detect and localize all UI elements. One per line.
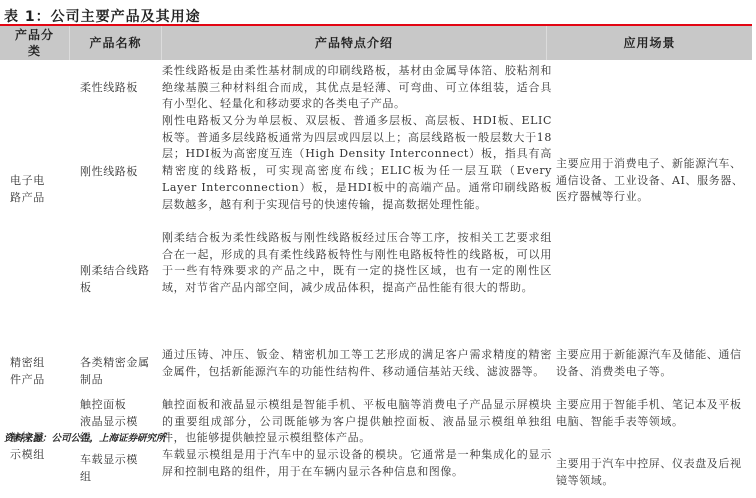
- product-name-flexible-pcb: 柔性线路板: [80, 80, 168, 97]
- category-line: 路产品: [10, 190, 66, 207]
- application-electronic-circuit: 主要应用于消费电子、新能源汽车、通信设备、工业设备、AI、服务器、医疗器械等行业…: [556, 156, 748, 206]
- product-desc-touch-lcd-module: 触控面板和液晶显示模组是智能手机、平板电脑等消费电子产品显示屏模块的重要组成部分…: [162, 397, 552, 447]
- table-title: 表 1：公司主要产品及其用途: [4, 6, 201, 26]
- product-desc-precision-metal: 通过压铸、冲压、钣金、精密机加工等工艺形成的满足客户需求精度的精密金属件，包括新…: [162, 347, 552, 380]
- application-touch-lcd-module: 主要应用于智能手机、笔记本及平板电脑、智能手表等领域。: [556, 397, 748, 430]
- header-category: 产品分 类: [0, 26, 70, 60]
- header-category-line-1: 产品分: [15, 27, 54, 43]
- header-category-line-2: 类: [15, 43, 54, 59]
- product-desc-rigid-pcb: 刚性电路板又分为单层板、双层板、普通多层板、高层板、HDI板、ELIC板等。普通…: [162, 113, 552, 213]
- product-name-line: 组: [80, 469, 168, 486]
- product-name-rigid-pcb: 刚性线路板: [80, 164, 168, 181]
- product-desc-flexible-pcb: 柔性线路板是由柔性基材制成的印刷线路板，基材由金属导体箔、胶粘剂和绝缘基膜三种材…: [162, 63, 552, 113]
- category-line: 示模组: [10, 447, 66, 464]
- product-name-line: 车载显示模: [80, 452, 168, 469]
- header-product-features: 产品特点介绍: [162, 26, 547, 60]
- product-name-line: 液晶显示模: [80, 414, 168, 431]
- product-name-automotive-display: 车载显示模 组: [80, 452, 168, 485]
- header-product-name: 产品名称: [70, 26, 162, 60]
- header-application: 应用场景: [547, 26, 752, 60]
- product-desc-rigid-flex-pcb: 刚柔结合板为柔性线路板与刚性线路板经过压合等工序，按相关工艺要求组合在一起，形成…: [162, 230, 552, 297]
- category-line: 电子电: [10, 173, 66, 190]
- category-electronic-circuit: 电子电 路产品: [10, 173, 66, 206]
- product-name-rigid-flex-pcb: 刚柔结合线路板: [80, 263, 152, 296]
- product-name-precision-metal: 各类精密金属制品: [80, 355, 152, 388]
- source-note: 资料来源：公司公告，上海证券研究所: [4, 430, 166, 444]
- product-desc-automotive-display: 车载显示模组是用于汽车中的显示设备的模块。它通常是一种集成化的显示屏和控制电路的…: [162, 447, 552, 480]
- category-line: 精密组: [10, 355, 66, 372]
- application-automotive-display: 主要用于汽车中控屏、仪表盘及后视镜等领域。: [556, 456, 748, 489]
- application-precision-components: 主要应用于新能源汽车及储能、通信设备、消费类电子等。: [556, 347, 748, 380]
- products-table: 产品分 类 产品名称 产品特点介绍 应用场景 电子电 路产品 柔性线路板 柔性线…: [0, 26, 752, 60]
- table-header-row: 产品分 类 产品名称 产品特点介绍 应用场景: [0, 26, 752, 60]
- product-name-line: 触控面板: [80, 397, 168, 414]
- category-precision-components: 精密组 件产品: [10, 355, 66, 388]
- category-line: 件产品: [10, 372, 66, 389]
